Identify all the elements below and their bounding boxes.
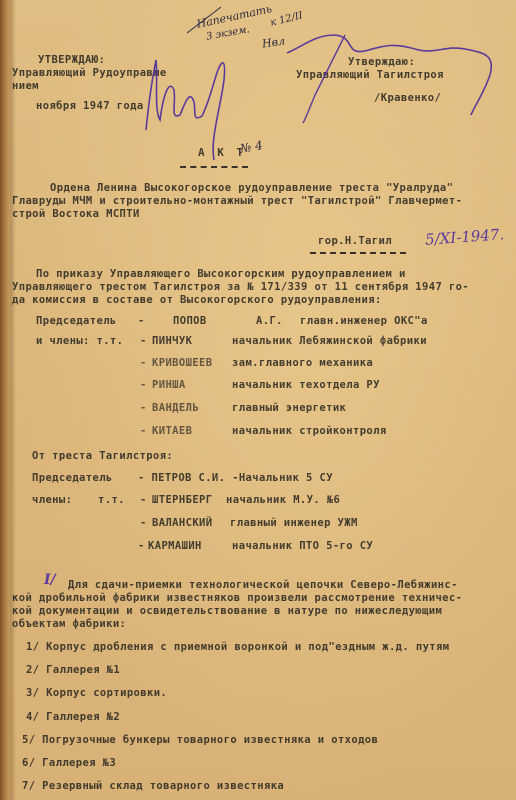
- binding-shadow: [10, 0, 16, 800]
- preamble-line1: Ордена Ленина Высокогорское рудоуправлен…: [50, 182, 453, 194]
- title-underline: [180, 166, 248, 168]
- section-line3: кой документации и освидетельствование в…: [12, 605, 442, 617]
- trust-member-name: КАРМАШИН: [148, 540, 202, 552]
- trust-members-tt: т.т.: [98, 494, 125, 506]
- object-item: 1/ Корпус дробления с приемной воронкой …: [26, 641, 449, 653]
- trust-chair-text: - ПЕТРОВ С.И. -Начальник 5 СУ: [138, 472, 333, 484]
- ru-members-label: и члены: т.т.: [36, 335, 123, 347]
- ru-member-role: зам.главного механика: [232, 357, 373, 369]
- ru-chair-dash: -: [138, 315, 145, 327]
- ru-member-name: ПИНЧУК: [152, 335, 192, 347]
- section-line1: Для сдачи-приемки технологической цепочк…: [68, 579, 458, 591]
- trust-members-label: члены:: [32, 494, 72, 506]
- ru-chair-initials: А.Г.: [256, 315, 283, 327]
- signature-right-icon: [285, 15, 515, 125]
- object-item: 6/ Галлерея №3: [22, 757, 116, 769]
- ru-member-name: КРИВОШЕЕВ: [152, 357, 213, 369]
- ru-chair-name: ПОПОВ: [173, 315, 207, 327]
- section-line4: объектам фабрики:: [12, 618, 126, 630]
- ru-member-name: РИНША: [152, 379, 186, 391]
- preamble-line3: строй Востока МСПТИ: [12, 208, 140, 220]
- approval-left-date: ноября 1947 года: [36, 100, 144, 112]
- trust-member-role: начальник М.У. №6: [226, 494, 340, 506]
- ru-member-role: начальник стройконтроля: [232, 425, 387, 437]
- ru-chair-label: Председатель: [36, 315, 117, 327]
- trust-member-dash-0: -: [140, 494, 147, 506]
- ru-member-dash-4: -: [140, 425, 147, 437]
- trust-heading: От треста Тагилстроя:: [32, 450, 173, 462]
- ru-member-dash-0: -: [140, 335, 147, 347]
- approval-left-heading: УТВЕРЖДАЮ:: [38, 54, 105, 66]
- object-item: 5/ Погрузочные бункеры товарного известн…: [22, 734, 378, 746]
- document-title: А К Т: [198, 146, 246, 159]
- trust-member-name: ШТЕРНБЕРГ: [152, 494, 213, 506]
- ru-member-name: КИТАЕВ: [152, 425, 192, 437]
- binding-edge: [0, 0, 10, 800]
- trust-member-dash-1: -: [140, 517, 147, 529]
- ru-member-name: ВАНДЕЛЬ: [152, 402, 199, 414]
- ru-chair-role: главн.инженер ОКС"а: [300, 315, 428, 327]
- city-underline: [310, 252, 406, 254]
- object-item: 2/ Галлерея №1: [26, 664, 120, 676]
- trust-member-role: главный инженер УЖМ: [230, 517, 358, 529]
- place-city: гор.Н.Тагил: [318, 235, 392, 247]
- object-item: 4/ Галлерея №2: [26, 711, 120, 723]
- order-line1: По приказу Управляющего Высокогорским ру…: [36, 268, 406, 280]
- ru-member-dash-1: -: [140, 357, 147, 369]
- preamble-line2: Главруды МЧМ и строительно-монтажный тре…: [12, 195, 462, 207]
- trust-member-role: начальник ПТО 5-го СУ: [232, 540, 373, 552]
- ru-member-dash-3: -: [140, 402, 147, 414]
- ru-member-dash-2: -: [140, 379, 147, 391]
- trust-chair-label: Председатель: [32, 472, 113, 484]
- object-item: 7/ Резервный склад товарного известняка: [22, 780, 284, 792]
- trust-member-dash-2: -: [138, 540, 145, 552]
- order-line2: Управляющего трестом Тагилстроя за № 171…: [12, 281, 469, 293]
- ru-member-role: главный энергетик: [232, 402, 346, 414]
- ru-member-role: начальник Лебяжинской фабрики: [232, 335, 427, 347]
- section-number-handwritten: I/: [44, 572, 56, 588]
- pencil-stroke-icon: [185, 5, 225, 35]
- ru-member-role: начальник техотдела РУ: [232, 379, 380, 391]
- section-line2: кой дробильной фабрики известняков произ…: [12, 592, 462, 604]
- trust-member-name: ВАЛАНСКИЙ: [152, 517, 213, 529]
- object-item: 3/ Корпус сортировки.: [26, 687, 167, 699]
- approval-left-line2: нием: [12, 80, 39, 92]
- order-line3: да комиссия в составе от Высокогорского …: [12, 294, 382, 306]
